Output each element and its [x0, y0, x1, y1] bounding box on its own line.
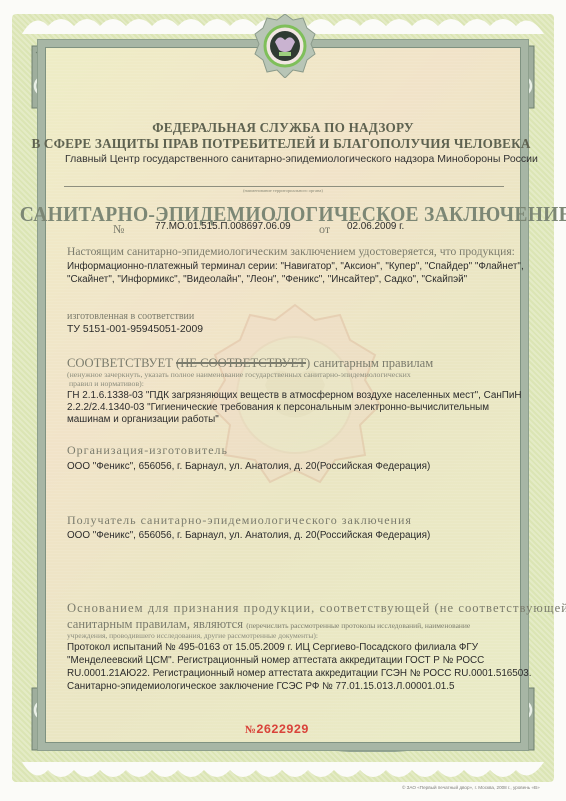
printer-imprint: © ЗАО «Первый печатный двор», г. Москва,… — [402, 785, 540, 790]
manufacturer-label: Организация-изготовитель — [67, 443, 228, 458]
basis-line1: Основанием для признания продукции, соот… — [67, 601, 566, 616]
norms-line: 2.2.2/2.4.1340-03 "Гигиенические требова… — [67, 402, 489, 413]
not-conforms-struck: (НЕ СООТВЕТСТВУЕТ — [176, 356, 306, 370]
serial-value: 2622929 — [256, 723, 309, 737]
product-intro: Настоящим санитарно-эпидемиологическим з… — [67, 245, 515, 258]
manufacturer-value: ООО "Феникс", 656056, г. Барнаул, ул. Ан… — [67, 461, 430, 472]
territorial-body-caption: (наименование территориального органа) — [0, 188, 566, 193]
agency-name-line1: ФЕДЕРАЛЬНАЯ СЛУЖБА ПО НАДЗОРУ — [0, 120, 566, 136]
conformity-note: правил и нормативов): — [69, 379, 144, 388]
protocol-line: Санитарно-эпидемиологическое заключение … — [67, 681, 455, 692]
basis-note: учреждения, проводившего исследования, д… — [67, 631, 318, 640]
conforms-word: СООТВЕТСТВУЕТ — [67, 356, 173, 370]
basis-line2-text: санитарным правилам, являются — [67, 617, 243, 631]
basis-note: (перечислить рассмотренные протоколы исс… — [246, 621, 470, 630]
agency-name-line2: В СФЕРЕ ЗАЩИТЫ ПРАВ ПОТРЕБИТЕЛЕЙ И БЛАГО… — [0, 136, 564, 152]
conformity-statement: СООТВЕТСТВУЕТ (НЕ СООТВЕТСТВУЕТ) санитар… — [67, 356, 433, 371]
date-label: от — [319, 222, 330, 237]
norms-line: ГН 2.1.6.1338-03 "ПДК загрязняющих вещес… — [67, 390, 522, 401]
tech-spec: ТУ 5151-001-95945051-2009 — [67, 324, 203, 335]
serial-prefix: № — [245, 724, 256, 736]
conclusion-date: 02.06.2009 г. — [347, 221, 404, 232]
product-line: Информационно-платежный терминал серии: … — [67, 261, 524, 272]
protocol-line: Протокол испытаний № 495-0163 от 15.05.2… — [67, 642, 478, 653]
recipient-value: ООО "Феникс", 656056, г. Барнаул, ул. Ан… — [67, 530, 430, 541]
protocol-line: "Менделеевский ЦСМ". Регистрационный ном… — [67, 655, 484, 666]
protocol-line: RU.0001.21АЮ22. Регистрационный номер ат… — [67, 668, 532, 679]
norms-line: машинам и организации работы" — [67, 414, 219, 425]
recipient-label: Получатель санитарно-эпидемиологического… — [67, 513, 412, 528]
conforms-tail: ) санитарным правилам — [306, 356, 433, 370]
conclusion-number: 77.МО.01.515.П.008697.06.09 — [155, 221, 291, 232]
territorial-body-rule — [64, 186, 504, 187]
form-serial-number: №2622929 — [245, 723, 309, 737]
certificate-content: ФЕДЕРАЛЬНАЯ СЛУЖБА ПО НАДЗОРУ В СФЕРЕ ЗА… — [0, 0, 566, 801]
number-label: № — [113, 222, 124, 237]
issuing-center: Главный Центр государственного санитарно… — [65, 153, 538, 165]
manufactured-label: изготовленная в соответствии — [67, 311, 194, 322]
product-line: "Скайнет", "Информикс", "Видеолайн", "Ле… — [67, 274, 467, 285]
basis-line2: санитарным правилам, являются (перечисли… — [67, 617, 470, 632]
conformity-note: (ненужное зачеркнуть, указать полное наи… — [67, 370, 411, 379]
